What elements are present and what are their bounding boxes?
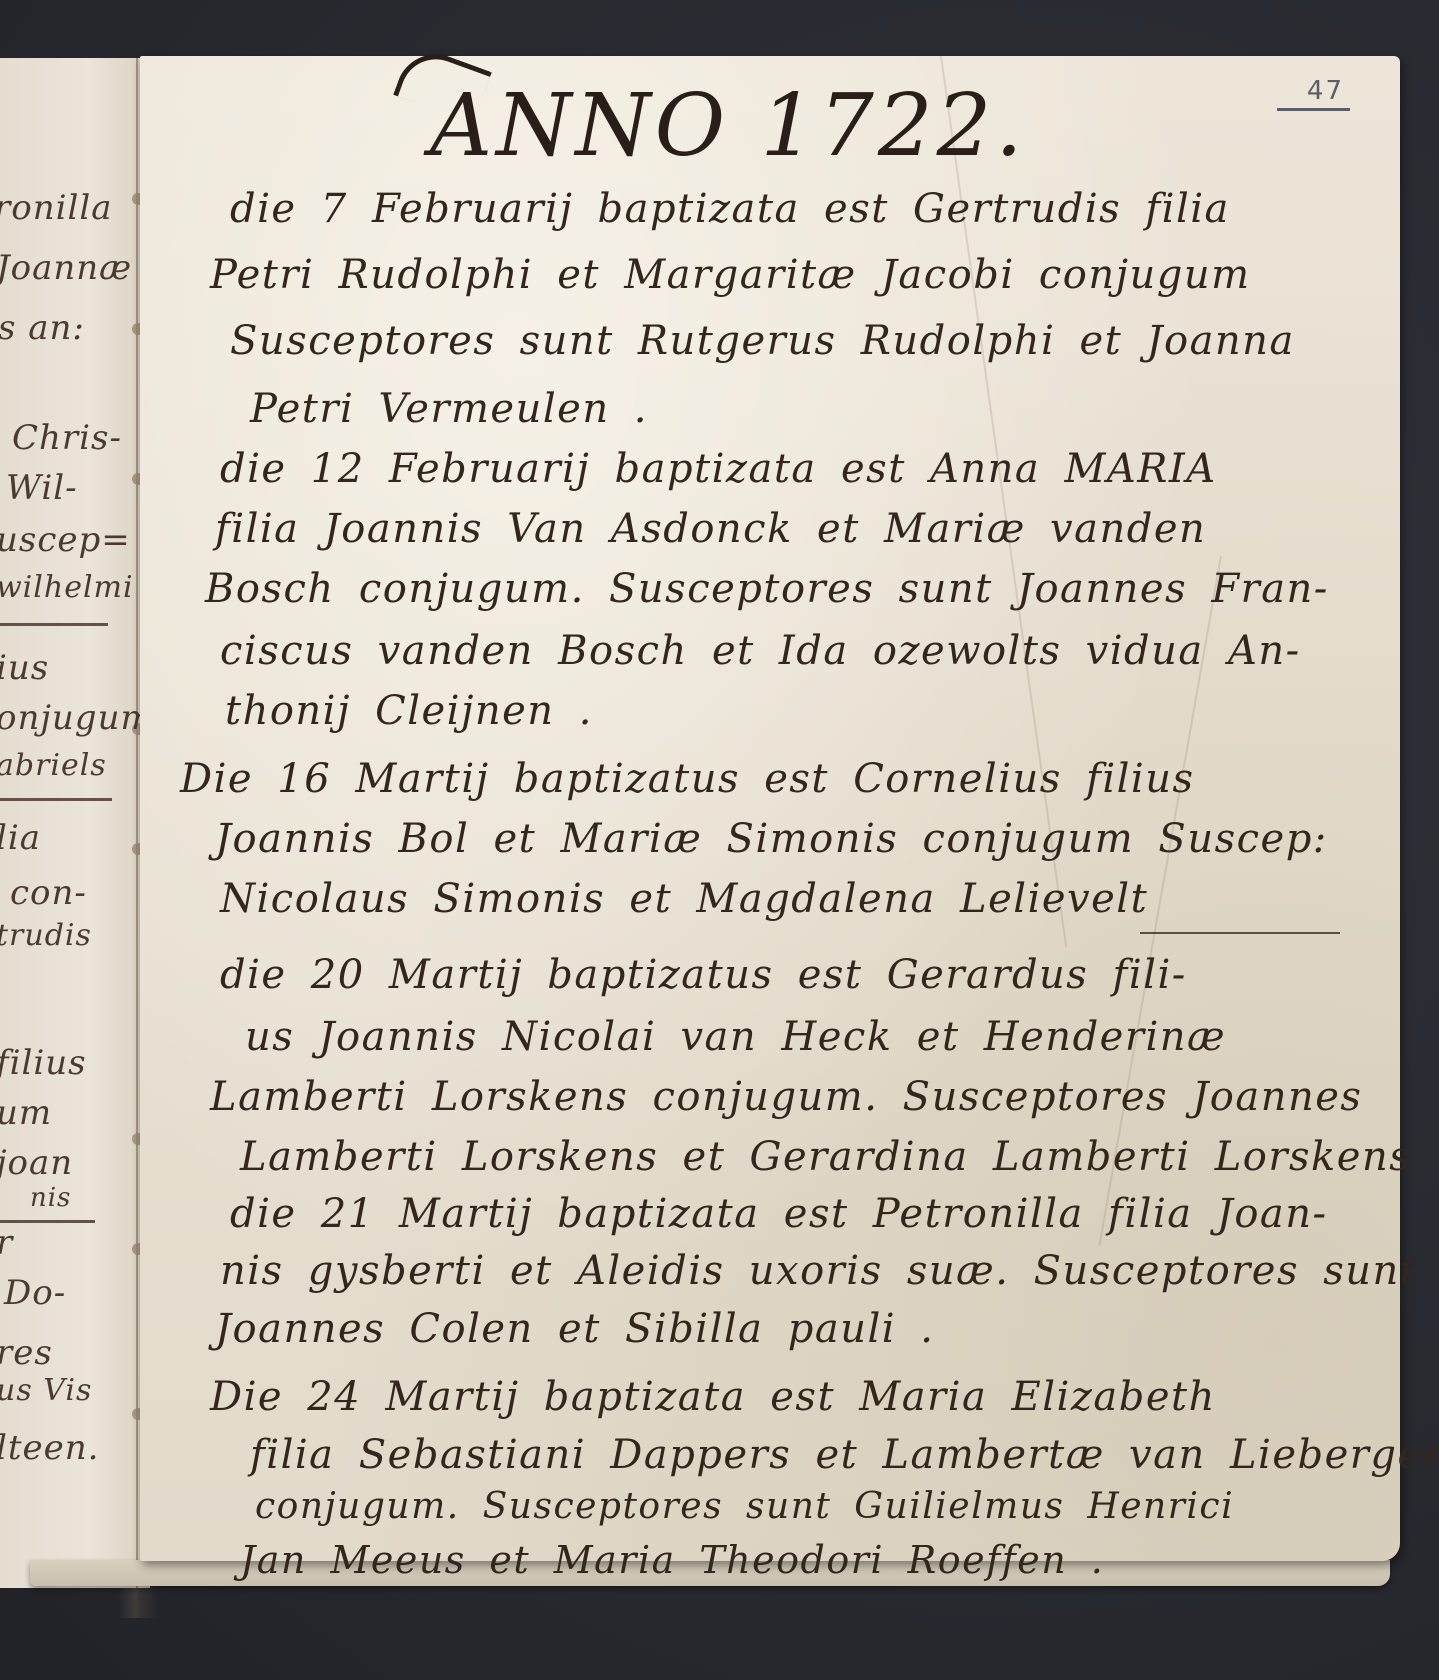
left-text: joan <box>0 1143 73 1183</box>
left-text: ronilla <box>0 188 113 228</box>
register-line: Lamberti Lorskens conjugum. Susceptores … <box>210 1074 1362 1120</box>
register-page: 47 ANNO 1722. die 7 Februarij baptizata … <box>140 56 1400 1561</box>
register-line: thonij Cleijnen . <box>225 688 593 734</box>
left-text: wilhelmi <box>0 570 134 605</box>
register-line: Petri Vermeulen . <box>250 386 648 432</box>
register-line: nis gysberti et Aleidis uxoris suæ. Susc… <box>220 1248 1417 1294</box>
left-text: con- <box>10 873 87 913</box>
left-text: us Vis <box>0 1373 92 1408</box>
left-text: trudis <box>0 918 92 953</box>
left-text: Wil- <box>6 468 78 508</box>
left-text: Do- <box>4 1273 66 1313</box>
register-line: Die 16 Martij baptizatus est Cornelius f… <box>180 756 1195 802</box>
left-text: Joannæ <box>0 248 132 288</box>
page-number: 47 <box>1277 76 1350 111</box>
left-text: abriels <box>0 748 107 783</box>
register-line: conjugum. Susceptores sunt Guilielmus He… <box>255 1486 1234 1527</box>
register-line: Nicolaus Simonis et Magdalena Lelievelt <box>220 876 1148 922</box>
entry-divider <box>0 623 108 626</box>
left-text: s an: <box>0 308 85 348</box>
left-text: nis <box>30 1183 71 1213</box>
register-line: Susceptores sunt Rutgerus Rudolphi et Jo… <box>230 318 1295 364</box>
register-line: die 12 Februarij baptizata est Anna MARI… <box>220 446 1217 492</box>
register-line: die 7 Februarij baptizata est Gertrudis … <box>230 186 1230 232</box>
register-line: Joannis Bol et Mariæ Simonis conjugum Su… <box>215 816 1328 862</box>
entry-divider <box>1140 932 1340 934</box>
left-text: filius <box>0 1043 87 1083</box>
register-line: Petri Rudolphi et Margaritæ Jacobi conju… <box>210 252 1251 298</box>
register-line: Bosch conjugum. Susceptores sunt Joannes… <box>205 566 1329 612</box>
left-text: ius <box>0 648 49 688</box>
register-line: Die 24 Martij baptizata est Maria Elizab… <box>210 1374 1216 1420</box>
heading-flourish-icon <box>393 43 492 124</box>
entry-divider <box>0 1220 95 1223</box>
left-text: Chris- <box>12 418 122 458</box>
register-line: die 20 Martij baptizatus est Gerardus fi… <box>220 952 1187 998</box>
entry-divider <box>0 798 112 801</box>
left-text: lteen. <box>0 1428 99 1468</box>
left-text: lia <box>0 818 41 858</box>
left-page-fragment: ronilla Joannæ s an: Chris- Wil- uscep= … <box>0 58 150 1588</box>
scan-background: ronilla Joannæ s an: Chris- Wil- uscep= … <box>0 0 1439 1680</box>
register-line: Joannes Colen et Sibilla pauli . <box>215 1306 934 1352</box>
gutter-line <box>136 58 138 1588</box>
page-heading: ANNO 1722. <box>430 76 1027 176</box>
left-text: uscep= <box>0 520 131 560</box>
register-line: Jan Meeus et Maria Theodori Roeffen . <box>240 1538 1104 1582</box>
register-line: ciscus vanden Bosch et Ida ozewolts vidu… <box>220 628 1301 674</box>
left-text: um <box>0 1093 52 1133</box>
register-line: die 21 Martij baptizata est Petronilla f… <box>230 1191 1328 1237</box>
left-text: onjugum <box>0 698 150 738</box>
heading-text: ANNO 1722. <box>430 76 1027 176</box>
register-line: us Joannis Nicolai van Heck et Henderinæ <box>245 1014 1226 1060</box>
register-line: filia Joannis Van Asdonck et Mariæ vande… <box>215 506 1206 552</box>
register-line: filia Sebastiani Dappers et Lambertæ van… <box>250 1432 1439 1478</box>
left-text: res <box>0 1333 53 1373</box>
register-line: Lamberti Lorskens et Gerardina Lamberti … <box>240 1134 1411 1180</box>
left-text: r <box>0 1223 13 1263</box>
